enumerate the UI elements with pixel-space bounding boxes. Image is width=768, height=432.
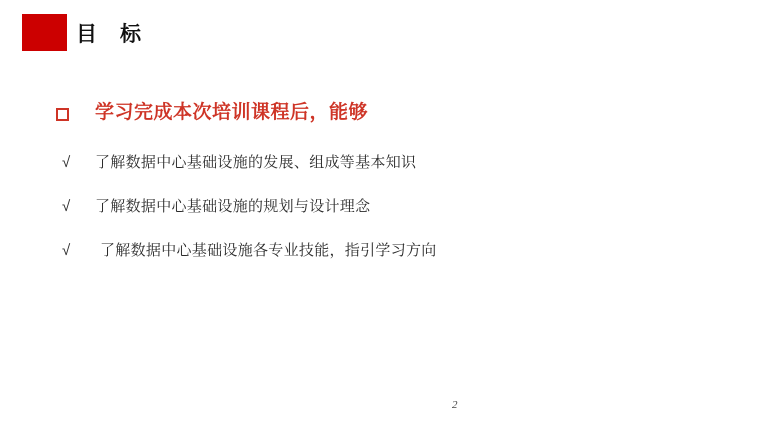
section-heading-text: 学习完成本次培训课程后，能够 [95, 102, 368, 125]
check-marker-icon: √ [62, 154, 74, 173]
hollow-square-bullet-icon [56, 108, 69, 121]
list-item: √ 了解数据中心基础设施的规划与设计理念 [62, 198, 370, 217]
list-item-text: 了解数据中心基础设施的发展、组成等基本知识 [95, 154, 416, 173]
list-item: √ 了解数据中心基础设施各专业技能，指引学习方向 [62, 242, 437, 261]
list-item-text: 了解数据中心基础设施的规划与设计理念 [95, 198, 370, 217]
list-item: √ 了解数据中心基础设施的发展、组成等基本知识 [62, 154, 416, 173]
check-marker-icon: √ [62, 242, 74, 261]
presentation-slide: 目 标 学习完成本次培训课程后，能够 √ 了解数据中心基础设施的发展、组成等基本… [0, 0, 768, 432]
page-number: 2 [452, 399, 458, 411]
check-marker-icon: √ [62, 198, 74, 217]
slide-title: 目 标 [76, 23, 142, 47]
list-item-text: 了解数据中心基础设施各专业技能，指引学习方向 [100, 242, 437, 261]
red-accent-square-icon [22, 14, 67, 51]
section-heading: 学习完成本次培训课程后，能够 [56, 102, 368, 125]
